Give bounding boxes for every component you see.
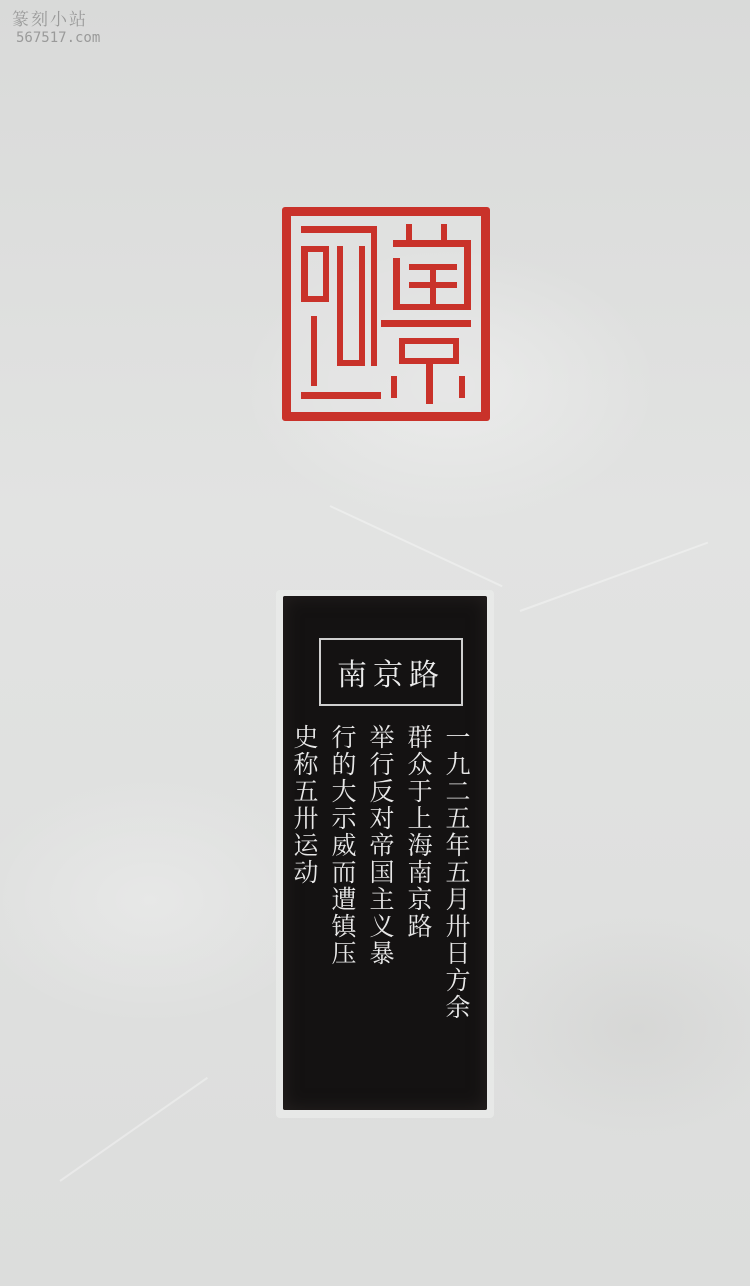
inscription-title-box: 南京路	[319, 638, 463, 706]
inscription-text: 一九二五年五月卅日方余 群众于上海南京路 举行反对帝国主义暴 行的大示威而遭镇压…	[301, 724, 473, 1054]
watermark-site-url: 567517.com	[12, 30, 100, 47]
inscription-column: 一九二五年五月卅日方余	[439, 724, 473, 1054]
seal-characters-icon	[291, 216, 481, 412]
seal-impression	[282, 207, 490, 421]
inscription-column: 行的大示威而遭镇压	[325, 724, 359, 1054]
side-inscription-rubbing: 南京路 一九二五年五月卅日方余 群众于上海南京路 举行反对帝国主义暴 行的大示威…	[283, 596, 487, 1110]
inscription-column: 群众于上海南京路	[401, 724, 435, 1054]
inscription-title: 南京路	[337, 650, 445, 694]
inscription-column: 史称五卅运动	[287, 724, 321, 1054]
watermark-site-name: 篆刻小站	[12, 10, 100, 30]
site-watermark: 篆刻小站 567517.com	[12, 10, 100, 47]
inscription-column: 举行反对帝国主义暴	[363, 724, 397, 1054]
